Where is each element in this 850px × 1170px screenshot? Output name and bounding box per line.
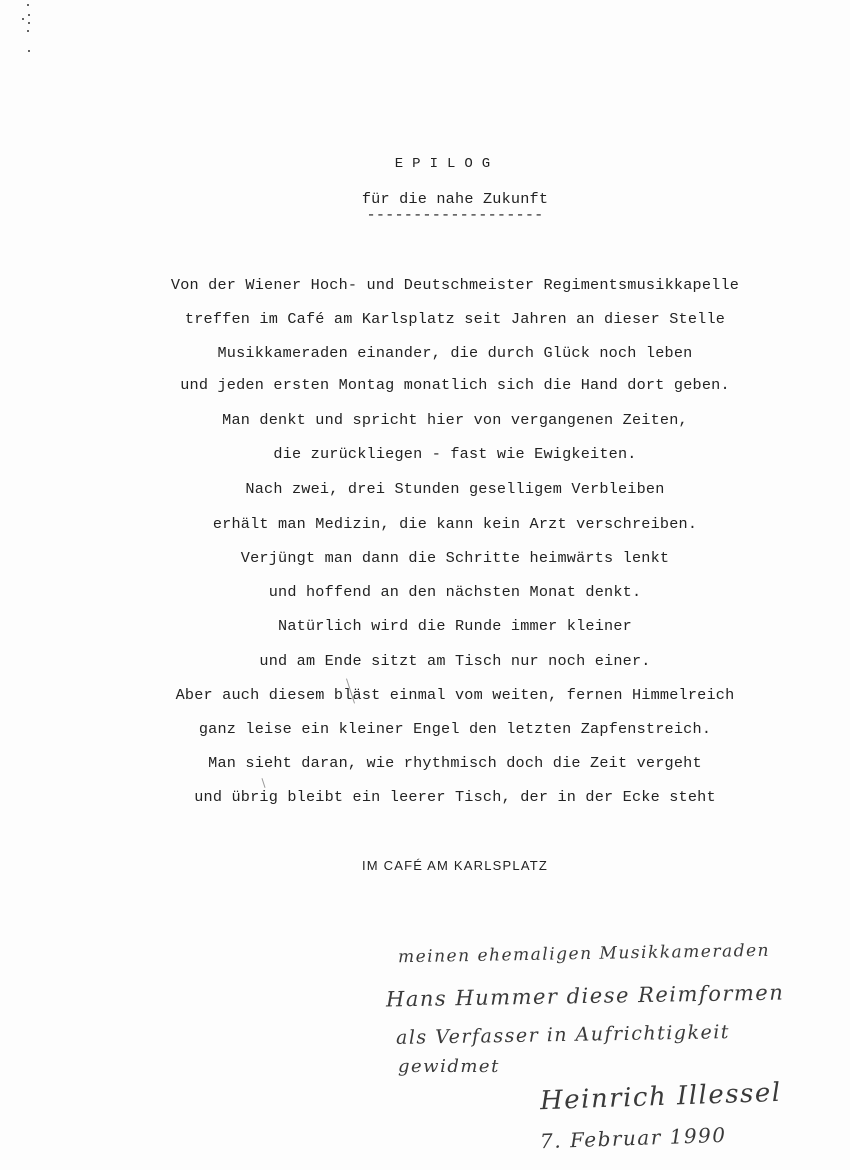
document-page: EPILOG für die nahe Zukunft ------------… bbox=[0, 0, 850, 1170]
poem-line: Von der Wiener Hoch- und Deutschmeister … bbox=[0, 276, 850, 296]
subtitle-underline: ------------------- bbox=[0, 206, 850, 224]
poem-line: Aber auch diesem bläst einmal vom weiten… bbox=[0, 686, 850, 706]
handwritten-dedication-line: Hans Hummer diese Reimformen bbox=[386, 981, 785, 1012]
poem-line: Man denkt und spricht hier von vergangen… bbox=[0, 411, 850, 431]
poem-line: Nach zwei, drei Stunden geselligem Verbl… bbox=[0, 480, 850, 500]
poem-line: treffen im Café am Karlsplatz seit Jahre… bbox=[0, 310, 850, 330]
poem-line: und übrig bleibt ein leerer Tisch, der i… bbox=[0, 788, 850, 808]
handwritten-dedication-line: als Verfasser in Aufrichtigkeit bbox=[396, 1021, 730, 1049]
scan-specks bbox=[22, 0, 34, 60]
poem-line: Musikkameraden einander, die durch Glück… bbox=[0, 344, 850, 364]
poem-line: die zurückliegen - fast wie Ewigkeiten. bbox=[0, 445, 850, 465]
poem-line: Verjüngt man dann die Schritte heimwärts… bbox=[0, 549, 850, 569]
poem-line: und hoffend an den nächsten Monat denkt. bbox=[0, 583, 850, 603]
handwritten-dedication-line: meinen ehemaligen Musikkameraden bbox=[398, 941, 770, 967]
poem-line: ganz leise ein kleiner Engel den letzten… bbox=[0, 720, 850, 740]
poem-line: und jeden ersten Montag monatlich sich d… bbox=[0, 376, 850, 396]
poem-line: und am Ende sitzt am Tisch nur noch eine… bbox=[0, 652, 850, 672]
speck bbox=[28, 50, 30, 52]
closing-line: IM CAFÉ AM KARLSPLATZ bbox=[0, 858, 850, 873]
speck bbox=[28, 22, 30, 24]
poem-line: Man sieht daran, wie rhythmisch doch die… bbox=[0, 754, 850, 774]
handwritten-signature: Heinrich Illessel bbox=[540, 1078, 783, 1116]
handwritten-dedication-line: gewidmet bbox=[398, 1056, 500, 1077]
poem-line: erhält man Medizin, die kann kein Arzt v… bbox=[0, 515, 850, 535]
stray-pen-mark bbox=[261, 778, 265, 788]
speck bbox=[28, 14, 30, 16]
speck bbox=[22, 18, 24, 20]
speck bbox=[27, 30, 29, 32]
poem-line: Natürlich wird die Runde immer kleiner bbox=[0, 617, 850, 637]
handwritten-date: 7. Februar 1990 bbox=[540, 1123, 727, 1153]
document-title: EPILOG bbox=[0, 156, 850, 172]
speck bbox=[27, 4, 29, 6]
